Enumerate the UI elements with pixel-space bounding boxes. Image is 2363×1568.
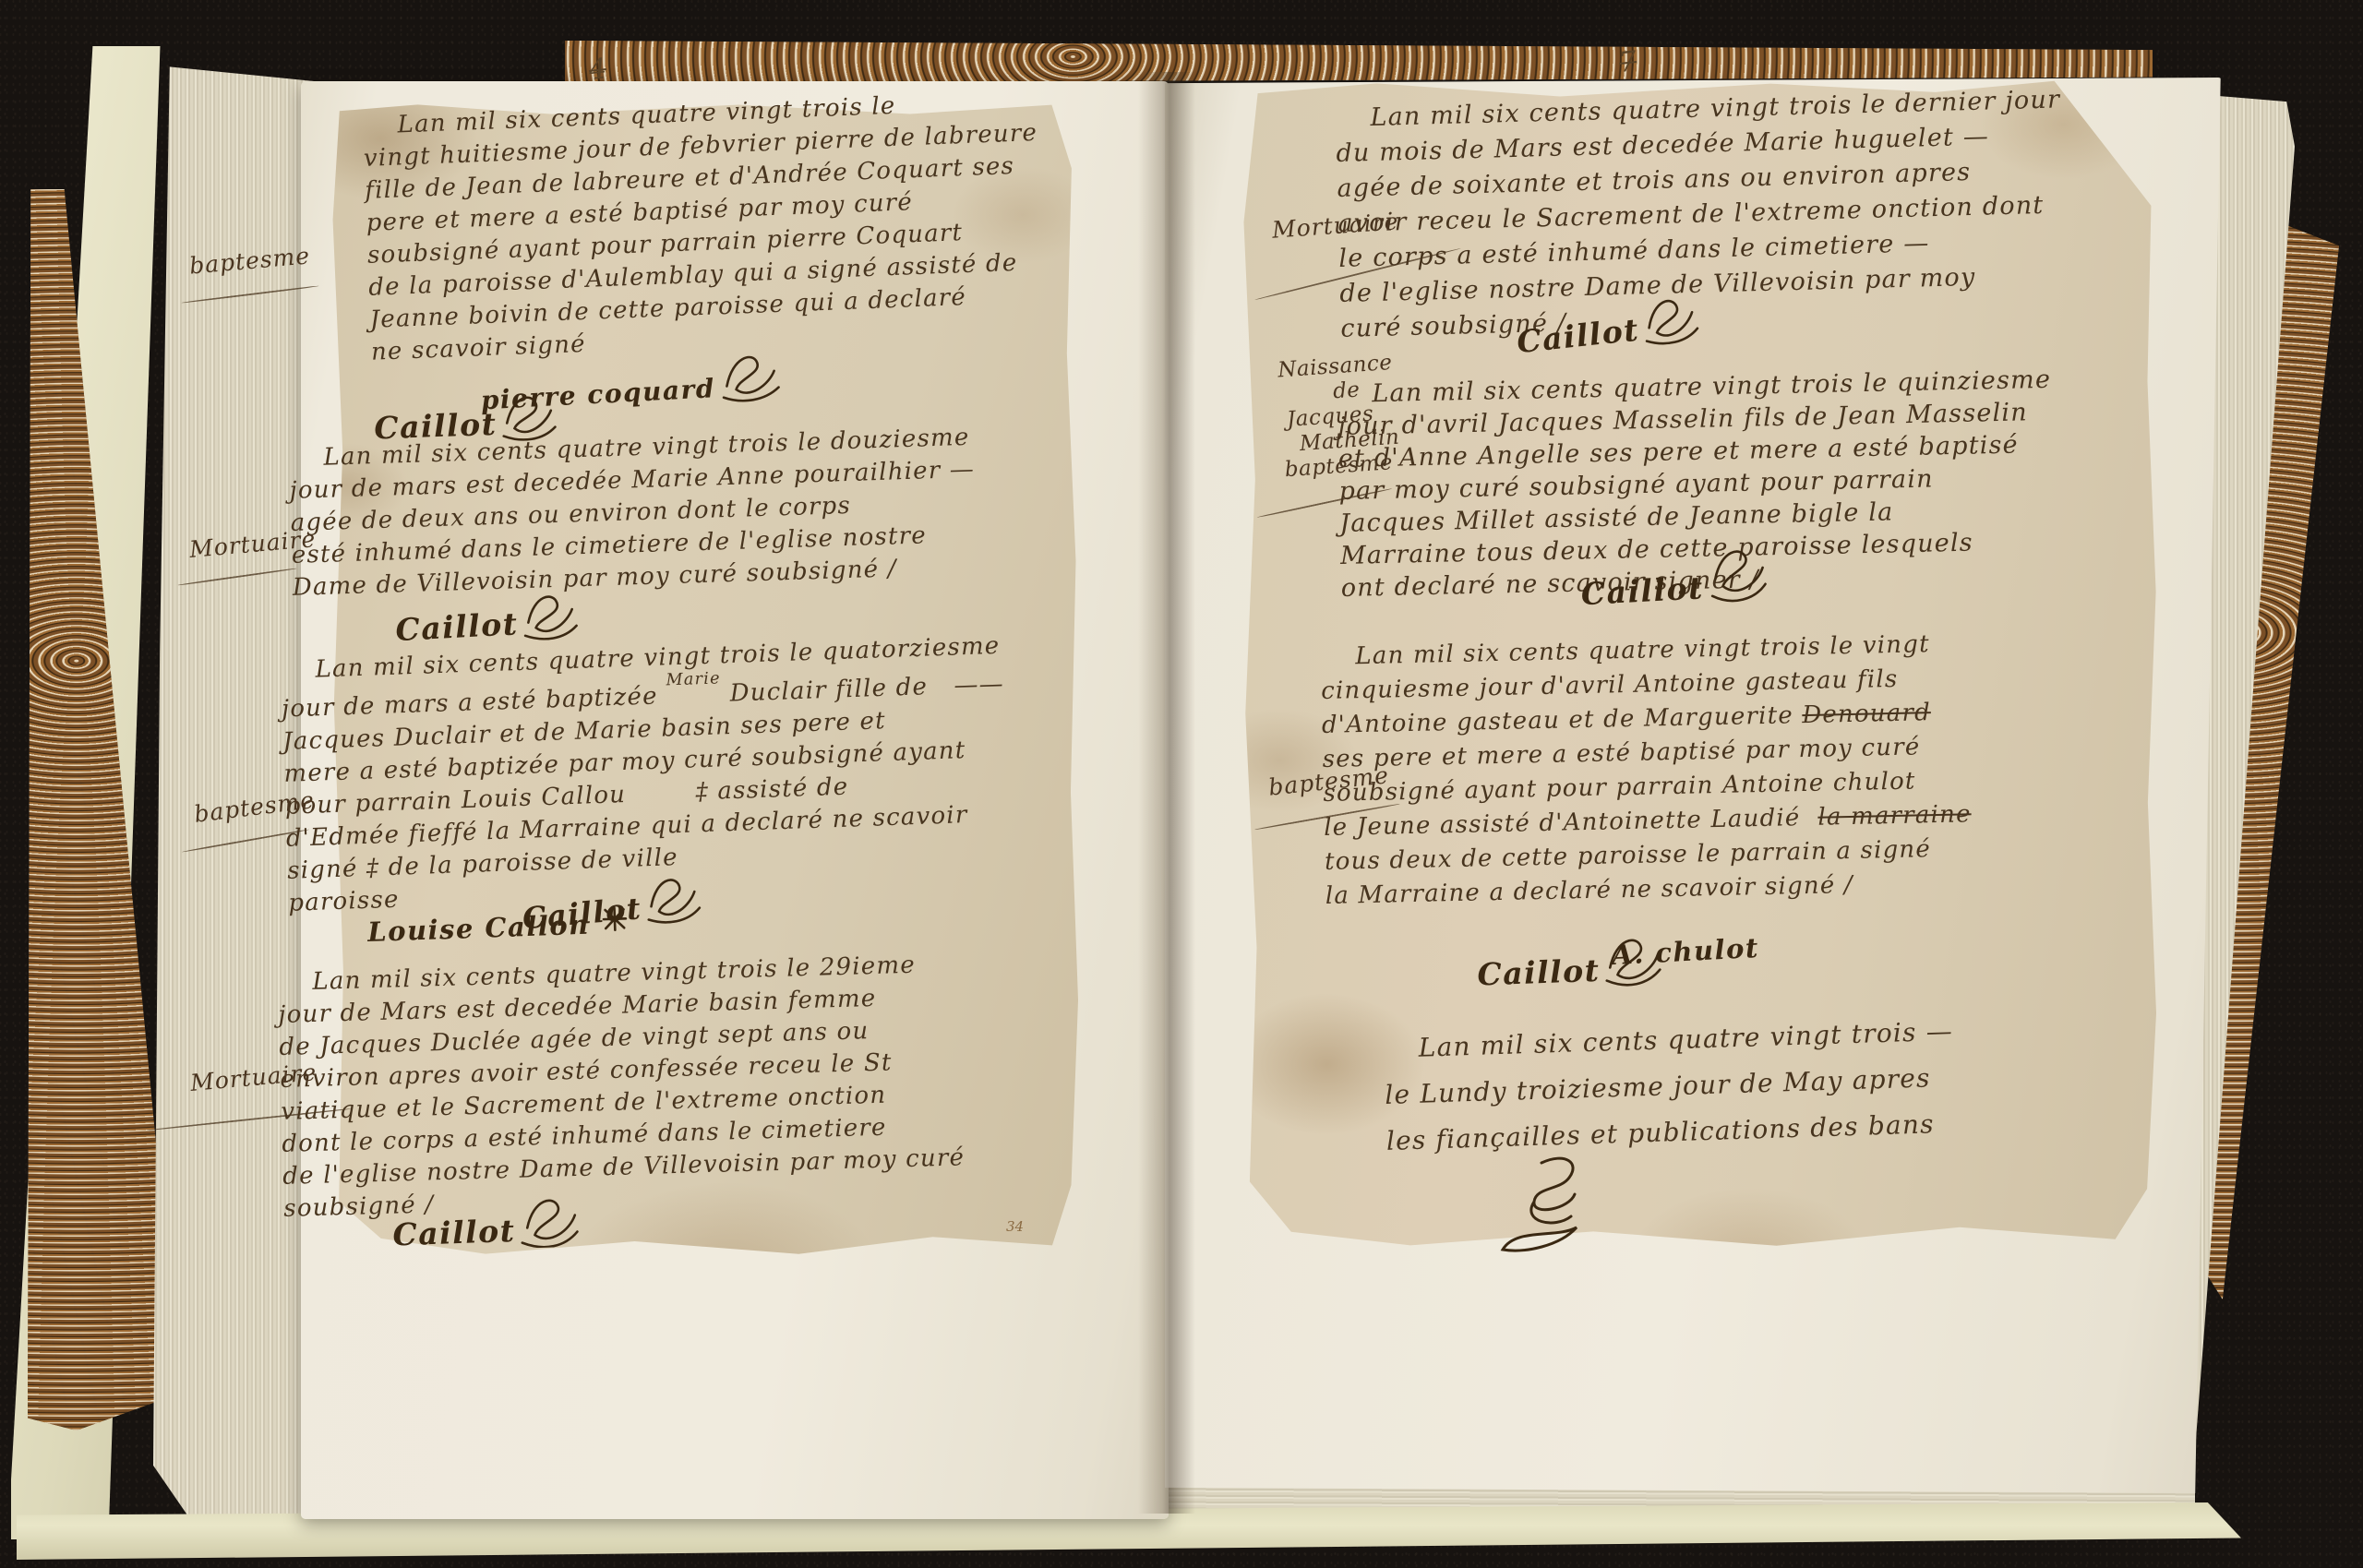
paraph-flourish-icon: [1488, 1150, 1608, 1264]
page-number-top-left: 4: [587, 53, 608, 87]
paraph-flourish-icon: [643, 869, 703, 926]
marbled-board-top-edge: [565, 41, 2153, 83]
register-entry-baptism: Lan mil six cents quatre vingt trois le …: [1320, 627, 1973, 914]
photograph-of-parish-register: 4 Lan mil six cents quatre vingt trois l…: [0, 0, 2363, 1568]
book-gutter-shadow: [1138, 72, 1195, 1514]
entry-text-lines: Lan mil six cents quatre vingt trois —le…: [1383, 1009, 1957, 1165]
paraph-flourish-icon: [519, 1191, 580, 1248]
page-number-bottom-left: 34: [1006, 1218, 1024, 1235]
entry-text-lines: Lan mil six cents quatre vingt trois le …: [277, 948, 966, 1226]
page-number-top-right: 7: [1617, 45, 1638, 79]
entry-text-lines: Lan mil six cents quatre vingt trois le …: [1320, 627, 1973, 914]
paraph-flourish-icon: [1640, 290, 1701, 347]
signature-caillot: Caillot: [1578, 542, 1768, 612]
paraph-flourish-icon: [718, 347, 782, 403]
entry-text-lines: Lan mil six cents quatre vingt trois le …: [288, 422, 978, 604]
signature-caillot: Caillot: [391, 1191, 580, 1252]
signature-caillot: Caillot: [394, 587, 580, 648]
paraph-flourish-icon: [521, 587, 579, 641]
paraph-flourish-icon: [1706, 542, 1768, 605]
register-entry-baptism: Lan mil six cents quatre vingt trois lev…: [362, 85, 1046, 369]
entry-text-lines: Lan mil six cents quatre vingt trois lev…: [362, 85, 1046, 369]
paraph-flourish-icon: [500, 389, 558, 442]
register-entry-banns: Lan mil six cents quatre vingt trois —le…: [1383, 1009, 1957, 1165]
register-entry-burial: Lan mil six cents quatre vingt trois le …: [277, 948, 966, 1226]
entry-text-lines: Lan mil six cents quatre vingt trois le …: [1335, 82, 2067, 346]
register-entry-burial: Lan mil six cents quatre vingt trois le …: [288, 422, 978, 604]
register-entry-burial: Lan mil six cents quatre vingt trois le …: [1335, 82, 2067, 346]
